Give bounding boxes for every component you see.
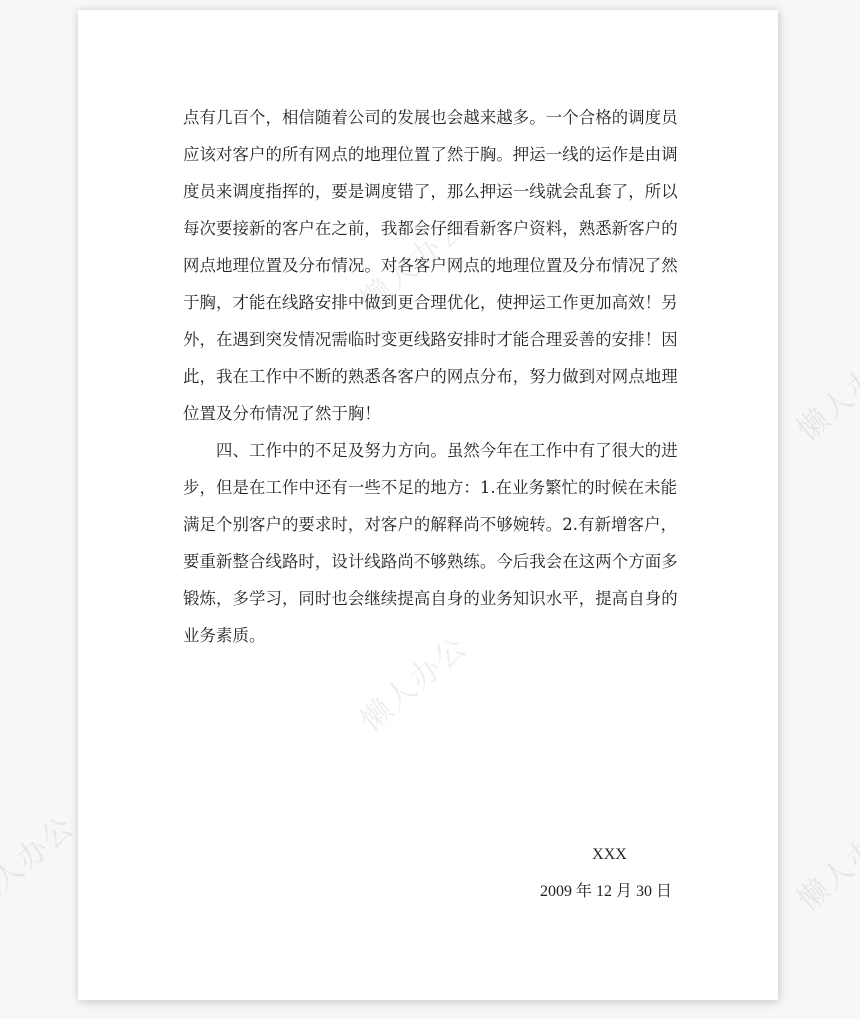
paragraph-line: 业务素质。 — [183, 617, 677, 654]
document-viewer: 懒人办公 懒人办公 懒人办公 懒人办公 懒人办公 点有几百个，相信随着公司的发展… — [0, 0, 860, 1019]
signature-date: 2009 年 12 月 30 日 — [502, 873, 672, 910]
paragraph-line: 应该对客户的所有网点的地理位置了然于胸。押运一线的运作是由调 — [183, 136, 677, 173]
document-body: 点有几百个，相信随着公司的发展也会越来越多。一个合格的调度员 应该对客户的所有网… — [183, 99, 677, 654]
paragraph-line: 步，但是在工作中还有一些不足的地方：1.在业务繁忙的时候在未能 — [183, 469, 677, 506]
paragraph-line: 度员来调度指挥的，要是调度错了，那么押运一线就会乱套了，所以 — [183, 173, 677, 210]
watermark: 懒人办公 — [786, 333, 860, 449]
paragraph-line: 网点地理位置及分布情况。对各客户网点的地理位置及分布情况了然 — [183, 247, 677, 284]
document-page: 懒人办公 懒人办公 点有几百个，相信随着公司的发展也会越来越多。一个合格的调度员… — [78, 10, 778, 1000]
paragraph-line: 点有几百个，相信随着公司的发展也会越来越多。一个合格的调度员 — [183, 99, 677, 136]
signature-block: XXX 2009 年 12 月 30 日 — [502, 836, 672, 910]
paragraph-line: 位置及分布情况了然于胸！ — [183, 395, 677, 432]
paragraph-line: 四、工作中的不足及努力方向。虽然今年在工作中有了很大的进 — [183, 432, 677, 469]
signature-name: XXX — [502, 836, 672, 873]
paragraph-line: 于胸，才能在线路安排中做到更合理优化，使押运工作更加高效！另 — [183, 284, 677, 321]
paragraph-line: 锻炼，多学习，同时也会继续提高自身的业务知识水平，提高自身的 — [183, 580, 677, 617]
watermark: 懒人办公 — [0, 803, 82, 919]
watermark: 懒人办公 — [786, 803, 860, 919]
paragraph-line: 外，在遇到突发情况需临时变更线路安排时才能合理妥善的安排！因 — [183, 321, 677, 358]
paragraph-line: 满足个别客户的要求时，对客户的解释尚不够婉转。2.有新增客户， — [183, 506, 677, 543]
paragraph-line: 要重新整合线路时，设计线路尚不够熟练。今后我会在这两个方面多 — [183, 543, 677, 580]
paragraph-line: 每次要接新的客户在之前，我都会仔细看新客户资料，熟悉新客户的 — [183, 210, 677, 247]
paragraph-line: 此，我在工作中不断的熟悉各客户的网点分布，努力做到对网点地理 — [183, 358, 677, 395]
